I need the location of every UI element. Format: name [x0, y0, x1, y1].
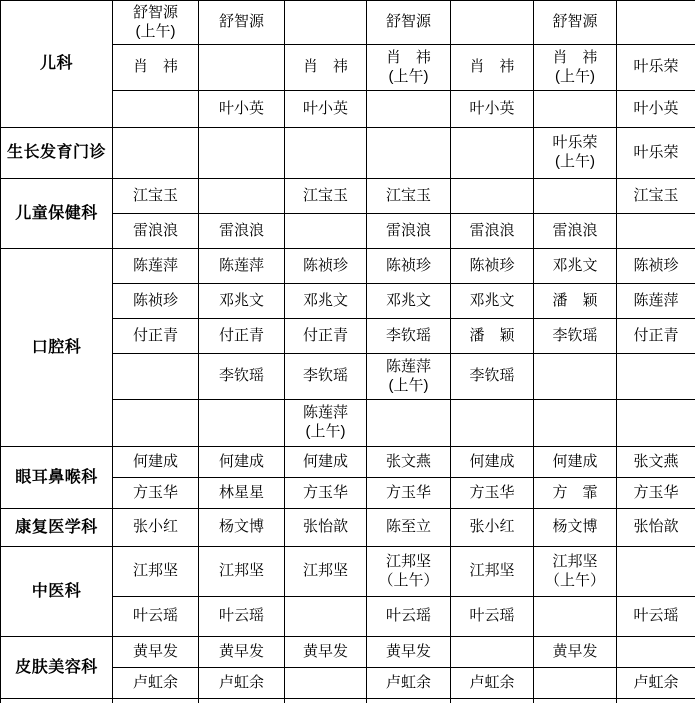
schedule-cell	[534, 354, 617, 400]
department-name	[1, 699, 113, 703]
schedule-cell	[617, 637, 695, 668]
schedule-cell	[199, 179, 285, 214]
schedule-cell: 江宝玉	[367, 179, 451, 214]
schedule-cell	[617, 699, 695, 703]
schedule-cell	[451, 128, 534, 179]
schedule-cell: 舒智源	[199, 1, 285, 45]
schedule-cell: 陈祯珍	[285, 249, 367, 284]
schedule-cell	[285, 668, 367, 699]
schedule-cell	[199, 699, 285, 703]
schedule-cell: 陈莲萍 (上午)	[367, 354, 451, 400]
schedule-cell: 邓兆文	[285, 284, 367, 319]
schedule-cell: 江邦坚	[451, 547, 534, 597]
schedule-cell	[113, 699, 199, 703]
schedule-cell	[285, 699, 367, 703]
table-row	[1, 699, 695, 703]
schedule-cell: 何建成	[534, 447, 617, 478]
schedule-cell: 肖 祎	[113, 45, 199, 91]
schedule-cell	[367, 400, 451, 447]
schedule-cell: 肖 祎	[451, 45, 534, 91]
schedule-cell: 邓兆文	[451, 284, 534, 319]
schedule-cell: 方玉华	[367, 478, 451, 509]
schedule-cell: 潘 颖	[451, 319, 534, 354]
schedule-cell: 张文燕	[617, 447, 695, 478]
schedule-cell: 叶小英	[285, 91, 367, 128]
schedule-cell: 张小红	[113, 509, 199, 547]
schedule-cell: 邓兆文	[199, 284, 285, 319]
schedule-cell	[617, 354, 695, 400]
schedule-cell	[534, 91, 617, 128]
schedule-cell	[534, 179, 617, 214]
department-name: 生长发育门诊	[1, 128, 113, 179]
schedule-cell: 方玉华	[285, 478, 367, 509]
schedule-cell	[534, 699, 617, 703]
schedule-cell: 李钦瑶	[451, 354, 534, 400]
schedule-cell: 叶乐荣	[617, 128, 695, 179]
schedule-table: 儿科舒智源 (上午)舒智源舒智源舒智源肖 祎肖 祎肖 祎 (上午)肖 祎肖 祎 …	[0, 0, 695, 703]
schedule-cell: 江邦坚 （上午）	[367, 547, 451, 597]
schedule-cell	[617, 1, 695, 45]
schedule-cell: 雷浪浪	[451, 214, 534, 249]
schedule-cell	[617, 547, 695, 597]
schedule-cell: 雷浪浪	[367, 214, 451, 249]
schedule-cell: 李钦瑶	[199, 354, 285, 400]
schedule-cell: 雷浪浪	[534, 214, 617, 249]
schedule-cell	[367, 128, 451, 179]
schedule-cell: 叶云瑶	[451, 597, 534, 637]
schedule-cell: 陈莲萍	[113, 249, 199, 284]
table-row: 儿童保健科江宝玉江宝玉江宝玉江宝玉	[1, 179, 695, 214]
schedule-cell	[285, 1, 367, 45]
schedule-body: 儿科舒智源 (上午)舒智源舒智源舒智源肖 祎肖 祎肖 祎 (上午)肖 祎肖 祎 …	[1, 1, 695, 703]
schedule-cell: 江邦坚 （上午）	[534, 547, 617, 597]
department-name: 儿童保健科	[1, 179, 113, 249]
schedule-cell: 张文燕	[367, 447, 451, 478]
schedule-cell: 何建成	[285, 447, 367, 478]
schedule-cell: 叶乐荣 (上午)	[534, 128, 617, 179]
schedule-cell	[113, 128, 199, 179]
schedule-cell	[534, 597, 617, 637]
schedule-cell: 陈莲萍	[199, 249, 285, 284]
schedule-cell	[534, 400, 617, 447]
schedule-cell: 舒智源	[534, 1, 617, 45]
schedule-cell: 付正青	[617, 319, 695, 354]
schedule-cell: 肖 祎 (上午)	[534, 45, 617, 91]
schedule-cell: 卢虹余	[113, 668, 199, 699]
table-row: 儿科舒智源 (上午)舒智源舒智源舒智源	[1, 1, 695, 45]
schedule-cell: 肖 祎	[285, 45, 367, 91]
schedule-cell: 黄早发	[199, 637, 285, 668]
schedule-cell	[451, 400, 534, 447]
schedule-cell: 叶云瑶	[367, 597, 451, 637]
schedule-cell	[534, 668, 617, 699]
schedule-cell: 雷浪浪	[199, 214, 285, 249]
schedule-cell: 陈至立	[367, 509, 451, 547]
schedule-cell: 雷浪浪	[113, 214, 199, 249]
department-name: 眼耳鼻喉科	[1, 447, 113, 509]
schedule-cell	[367, 91, 451, 128]
schedule-cell	[113, 400, 199, 447]
schedule-cell: 方玉华	[451, 478, 534, 509]
schedule-cell	[113, 354, 199, 400]
schedule-cell: 江宝玉	[113, 179, 199, 214]
schedule-cell	[367, 699, 451, 703]
schedule-cell	[451, 179, 534, 214]
schedule-cell: 江邦坚	[285, 547, 367, 597]
schedule-cell: 何建成	[113, 447, 199, 478]
schedule-cell: 方玉华	[113, 478, 199, 509]
schedule-cell	[451, 1, 534, 45]
schedule-cell: 卢虹余	[367, 668, 451, 699]
schedule-cell: 林星星	[199, 478, 285, 509]
schedule-cell: 李钦瑶	[367, 319, 451, 354]
schedule-cell	[285, 597, 367, 637]
schedule-cell: 叶云瑶	[617, 597, 695, 637]
schedule-cell: 卢虹余	[199, 668, 285, 699]
schedule-cell: 付正青	[113, 319, 199, 354]
schedule-cell: 叶小英	[451, 91, 534, 128]
schedule-cell: 叶小英	[199, 91, 285, 128]
table-row: 中医科江邦坚江邦坚江邦坚江邦坚 （上午）江邦坚江邦坚 （上午）	[1, 547, 695, 597]
schedule-cell: 江邦坚	[199, 547, 285, 597]
schedule-cell: 叶云瑶	[199, 597, 285, 637]
schedule-cell: 叶乐荣	[617, 45, 695, 91]
table-row: 口腔科陈莲萍陈莲萍陈祯珍陈祯珍陈祯珍邓兆文陈祯珍	[1, 249, 695, 284]
department-name: 中医科	[1, 547, 113, 637]
schedule-cell	[451, 699, 534, 703]
schedule-cell: 付正青	[285, 319, 367, 354]
schedule-cell: 陈祯珍	[617, 249, 695, 284]
schedule-cell: 李钦瑶	[285, 354, 367, 400]
schedule-cell: 江邦坚	[113, 547, 199, 597]
schedule-cell: 江宝玉	[617, 179, 695, 214]
schedule-cell	[199, 45, 285, 91]
schedule-cell: 江宝玉	[285, 179, 367, 214]
table-row: 生长发育门诊叶乐荣 (上午)叶乐荣	[1, 128, 695, 179]
schedule-cell: 卢虹余	[617, 668, 695, 699]
schedule-cell: 杨文博	[199, 509, 285, 547]
schedule-cell: 陈祯珍	[113, 284, 199, 319]
schedule-cell: 陈祯珍	[367, 249, 451, 284]
department-name: 康复医学科	[1, 509, 113, 547]
schedule-cell: 陈莲萍 (上午)	[285, 400, 367, 447]
table-row: 眼耳鼻喉科何建成何建成何建成张文燕何建成何建成张文燕	[1, 447, 695, 478]
schedule-cell: 叶云瑶	[113, 597, 199, 637]
table-row: 康复医学科张小红杨文博张怡歆陈至立张小红杨文博张怡歆	[1, 509, 695, 547]
schedule-cell	[199, 128, 285, 179]
schedule-page: 儿科舒智源 (上午)舒智源舒智源舒智源肖 祎肖 祎肖 祎 (上午)肖 祎肖 祎 …	[0, 0, 695, 703]
schedule-cell: 陈莲萍	[617, 284, 695, 319]
schedule-cell	[617, 400, 695, 447]
schedule-cell	[617, 214, 695, 249]
schedule-cell: 杨文博	[534, 509, 617, 547]
schedule-cell	[285, 128, 367, 179]
schedule-cell: 肖 祎 (上午)	[367, 45, 451, 91]
schedule-cell	[451, 637, 534, 668]
schedule-cell: 方 霏	[534, 478, 617, 509]
schedule-cell: 潘 颖	[534, 284, 617, 319]
schedule-cell: 舒智源	[367, 1, 451, 45]
schedule-cell: 邓兆文	[367, 284, 451, 319]
schedule-cell: 何建成	[199, 447, 285, 478]
schedule-cell: 黄早发	[113, 637, 199, 668]
schedule-cell: 李钦瑶	[534, 319, 617, 354]
schedule-cell: 陈祯珍	[451, 249, 534, 284]
schedule-cell: 卢虹余	[451, 668, 534, 699]
schedule-cell: 何建成	[451, 447, 534, 478]
schedule-cell: 舒智源 (上午)	[113, 1, 199, 45]
schedule-cell: 黄早发	[534, 637, 617, 668]
schedule-cell: 方玉华	[617, 478, 695, 509]
schedule-cell: 张怡歆	[285, 509, 367, 547]
department-name: 皮肤美容科	[1, 637, 113, 699]
schedule-cell: 黄早发	[285, 637, 367, 668]
schedule-cell: 叶小英	[617, 91, 695, 128]
department-name: 儿科	[1, 1, 113, 128]
schedule-cell: 张小红	[451, 509, 534, 547]
schedule-cell	[285, 214, 367, 249]
department-name: 口腔科	[1, 249, 113, 447]
schedule-cell: 张怡歆	[617, 509, 695, 547]
schedule-cell: 邓兆文	[534, 249, 617, 284]
schedule-cell	[113, 91, 199, 128]
schedule-cell: 黄早发	[367, 637, 451, 668]
schedule-cell	[199, 400, 285, 447]
schedule-cell: 付正青	[199, 319, 285, 354]
table-row: 皮肤美容科黄早发黄早发黄早发黄早发黄早发	[1, 637, 695, 668]
